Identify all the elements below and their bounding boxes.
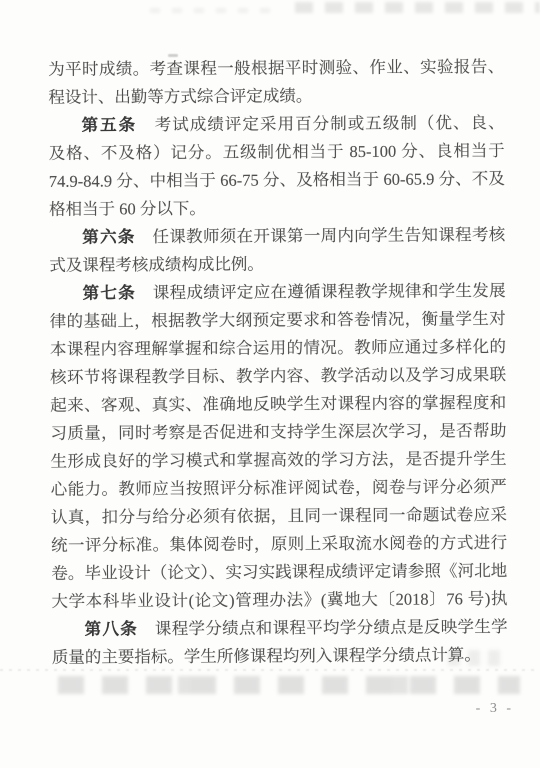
text-segment: 74.9-84.9 分、中相当于 66-75 分、及格相当于 60-65.9 分… — [49, 169, 505, 191]
text-segment: 习质量，同时考察是否促进和支持学生深层次学习，是否帮助学 — [50, 421, 506, 448]
text-segment: 任课教师须在开课第一周内向学生告知课程考核方 — [82, 225, 505, 252]
bleedthrough-artifact-band — [58, 676, 520, 694]
text-segment: 核环节将课程教学目标、教学内容、教学活动以及学习成果联系 — [50, 365, 506, 392]
text-segment: 质量的主要指标。学生所修课程均列入课程学分绩点计算。 — [52, 645, 481, 667]
text-line: 卷。毕业设计（论文）、实习实践课程成绩评定请参照《河北地质 — [51, 557, 507, 588]
text-line: 质量的主要指标。学生所修课程均列入课程学分绩点计算。 — [52, 641, 508, 672]
text-line: 认真，扣分与给分必须有依据，且同一课程同一命题试卷应采取 — [51, 501, 507, 532]
article-number: 第五条 — [81, 116, 137, 134]
text-segment: 为平时成绩。考查课程一般根据平时测验、作业、实验报告、课 — [48, 57, 504, 84]
text-line: 起来、客观、真实、准确地反映学生对课程内容的掌握程度和学 — [50, 389, 506, 420]
text-segment: 认真，扣分与给分必须有依据，且同一课程同一命题试卷应采取 — [51, 505, 507, 532]
text-line: 统一评分标准。集体阅卷时，原则上采取流水阅卷的方式进行评 — [51, 529, 507, 560]
article-number: 第六条 — [82, 228, 136, 246]
text-line: 第七条 课程成绩评定应在遵循课程教学规律和学生发展规 — [49, 277, 505, 308]
text-segment: 课程学分绩点和课程平均学分绩点是反映学生学习 — [85, 617, 508, 644]
text-line: 习质量，同时考察是否促进和支持学生深层次学习，是否帮助学 — [50, 417, 506, 448]
text-line: 律的基础上，根据教学大纲预定要求和答卷情况，衡量学生对于 — [50, 305, 506, 336]
text-line: 大学本科毕业设计(论文)管理办法》(冀地大〔2018〕76 号)执行。 — [51, 585, 507, 616]
text-segment: 大学本科毕业设计(论文)管理办法》(冀地大〔2018〕76 号)执行。 — [51, 589, 507, 616]
text-segment: 生形成良好的学习模式和掌握高效的学习方法，是否提升学生核 — [51, 449, 507, 476]
document-page: 为平时成绩。考查课程一般根据平时测验、作业、实验报告、课程设计、出勤等方式综合评… — [0, 0, 540, 768]
text-block: 为平时成绩。考查课程一般根据平时测验、作业、实验报告、课程设计、出勤等方式综合评… — [48, 53, 508, 672]
text-line: 心能力。教师应当按照评分标准评阅试卷，阅卷与评分必须严肃 — [51, 473, 507, 504]
text-line: 第八条 课程学分绩点和课程平均学分绩点是反映学生学习 — [52, 613, 508, 644]
page-number: - 3 - — [476, 701, 514, 717]
text-line: 程设计、出勤等方式综合评定成绩。 — [48, 81, 504, 112]
text-line: 格相当于 60 分以下。 — [49, 193, 505, 224]
bleedthrough-artifact-top-left — [150, 8, 280, 13]
article-number: 第七条 — [83, 284, 137, 302]
text-segment: 格相当于 60 分以下。 — [49, 199, 206, 219]
text-segment: 卷。毕业设计（论文）、实习实践课程成绩评定请参照《河北地质 — [51, 561, 507, 588]
text-segment: 考试成绩评定采用百分制或五级制（优、良、中、 — [82, 113, 505, 140]
text-line: 核环节将课程教学目标、教学内容、教学活动以及学习成果联系 — [50, 361, 506, 392]
text-line: 本课程内容理解掌握和综合运用的情况。教师应通过多样化的考 — [50, 333, 506, 364]
text-segment: 程设计、出勤等方式综合评定成绩。 — [48, 86, 312, 107]
text-segment: 心能力。教师应当按照评分标准评阅试卷，阅卷与评分必须严肃 — [51, 477, 507, 504]
text-segment: 统一评分标准。集体阅卷时，原则上采取流水阅卷的方式进行评 — [51, 533, 507, 560]
text-segment: 本课程内容理解掌握和综合运用的情况。教师应通过多样化的考 — [50, 337, 506, 364]
text-segment: 及格、不及格）记分。五级制优相当于 85-100 分、良相当于 — [49, 141, 505, 163]
bleedthrough-artifact-top — [295, 2, 540, 13]
article-number: 第八条 — [85, 620, 139, 638]
text-segment: 律的基础上，根据教学大纲预定要求和答卷情况，衡量学生对于 — [50, 309, 506, 336]
text-line: 为平时成绩。考查课程一般根据平时测验、作业、实验报告、课 — [48, 53, 504, 84]
text-line: 生形成良好的学习模式和掌握高效的学习方法，是否提升学生核 — [51, 445, 507, 476]
text-line: 式及课程考核成绩构成比例。 — [49, 249, 505, 280]
text-segment: 起来、客观、真实、准确地反映学生对课程内容的掌握程度和学 — [50, 393, 506, 420]
text-line: 74.9-84.9 分、中相当于 66-75 分、及格相当于 60-65.9 分… — [49, 165, 505, 196]
text-line: 及格、不及格）记分。五级制优相当于 85-100 分、良相当于 — [49, 137, 505, 168]
text-segment: 式及课程考核成绩构成比例。 — [49, 255, 264, 275]
text-line: 第五条 考试成绩评定采用百分制或五级制（优、良、中、 — [48, 109, 504, 140]
text-segment: 课程成绩评定应在遵循课程教学规律和学生发展规 — [83, 281, 506, 308]
text-line: 第六条 任课教师须在开课第一周内向学生告知课程考核方 — [49, 221, 505, 252]
